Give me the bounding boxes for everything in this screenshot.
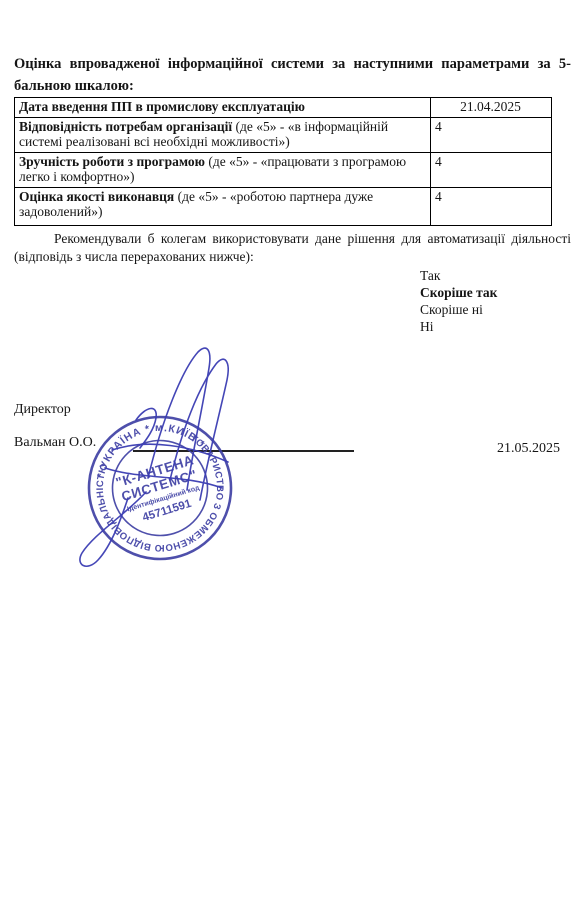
stamp-text: * УКРАЇНА * м.КИЇВ * ТОВАРИСТВО З ОБМЕЖЕ… — [78, 406, 241, 569]
row-label-bold: Зручність роботи з програмою — [19, 154, 205, 169]
row-value-cell: 4 — [431, 187, 552, 225]
table-row: Відповідність потребам організації (де «… — [15, 117, 552, 152]
table-row: Зручність роботи з програмою (де «5» - «… — [15, 152, 552, 187]
row-label-bold: Відповідність потребам організації — [19, 119, 232, 134]
table-row: Оцінка якості виконавця (де «5» - «робот… — [15, 187, 552, 225]
signature-date: 21.05.2025 — [497, 441, 560, 457]
row-label-cell: Зручність роботи з програмою (де «5» - «… — [15, 152, 431, 187]
row-label-bold: Оцінка якості виконавця — [19, 189, 174, 204]
row-value-cell: 4 — [431, 117, 552, 152]
row-label-cell: Оцінка якості виконавця (де «5» - «робот… — [15, 187, 431, 225]
row-label-cell: Відповідність потребам організації (де «… — [15, 117, 431, 152]
row-value-cell: 21.04.2025 — [431, 98, 552, 118]
answer-option-tak: Так — [420, 267, 497, 284]
recommendation-paragraph: Рекомендували б колегам використовувати … — [14, 230, 571, 265]
row-label-cell: Дата введення ПП в промислову експлуатац… — [15, 98, 431, 118]
document-heading: Оцінка впровадженої інформаційної систем… — [14, 54, 571, 97]
answer-options-list: Так Скоріше так Скоріше ні Ні — [420, 267, 497, 335]
table-row: Дата введення ПП в промислову експлуатац… — [15, 98, 552, 118]
answer-option-skorishe-ni: Скоріше ні — [420, 301, 497, 318]
row-value-cell: 4 — [431, 152, 552, 187]
answer-option-ni: Ні — [420, 318, 497, 335]
company-stamp: * УКРАЇНА * м.КИЇВ * ТОВАРИСТВО З ОБМЕЖЕ… — [60, 330, 360, 590]
answer-option-skorishe-tak-selected: Скоріше так — [420, 284, 497, 301]
row-label-bold: Дата введення ПП в промислову експлуатац… — [19, 99, 305, 114]
document-page: Оцінка впровадженої інформаційної систем… — [0, 0, 585, 905]
evaluation-table: Дата введення ПП в промислову експлуатац… — [14, 97, 552, 226]
